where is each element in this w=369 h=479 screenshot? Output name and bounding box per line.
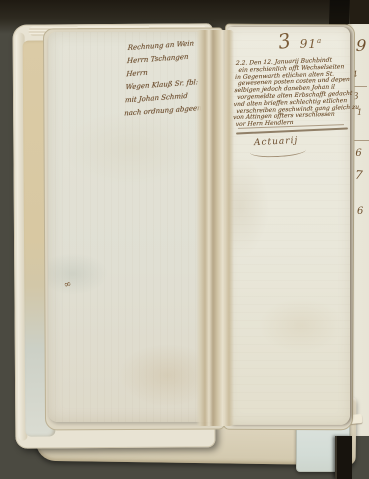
booklet-gutter-fold	[196, 30, 234, 426]
signature-flourish	[250, 149, 306, 159]
margin-numeral: 6	[357, 206, 363, 217]
ink-blot-mark: ∞	[63, 279, 73, 291]
folio-number-value: 91	[300, 37, 317, 51]
booklet-right-page: 3 91a 2.2. Den 12. Januarij Buchbindt ei…	[228, 27, 350, 425]
entry-text-block: 2.2. Den 12. Januarij Buchbindt ein ersc…	[232, 57, 346, 129]
booklet-left-page: Rechnung an Wein Herrn Tschangen Herrn W…	[48, 32, 214, 422]
signature: Actuarij	[254, 136, 299, 148]
closing-rule-thick	[236, 127, 348, 134]
manuscript-photo: 9 24 3 1 16 7 6 Rechnung an Wein Herrn T…	[0, 0, 369, 479]
folio-header: 3 91a	[278, 31, 322, 51]
folio-number: 91a	[300, 37, 322, 51]
margin-numeral: 7	[354, 168, 363, 183]
folio-flourish-mark: 3	[276, 30, 292, 52]
folio-number-sup: a	[317, 37, 322, 45]
book-clasp-strip	[335, 436, 352, 479]
margin-numeral: 9	[355, 36, 366, 56]
